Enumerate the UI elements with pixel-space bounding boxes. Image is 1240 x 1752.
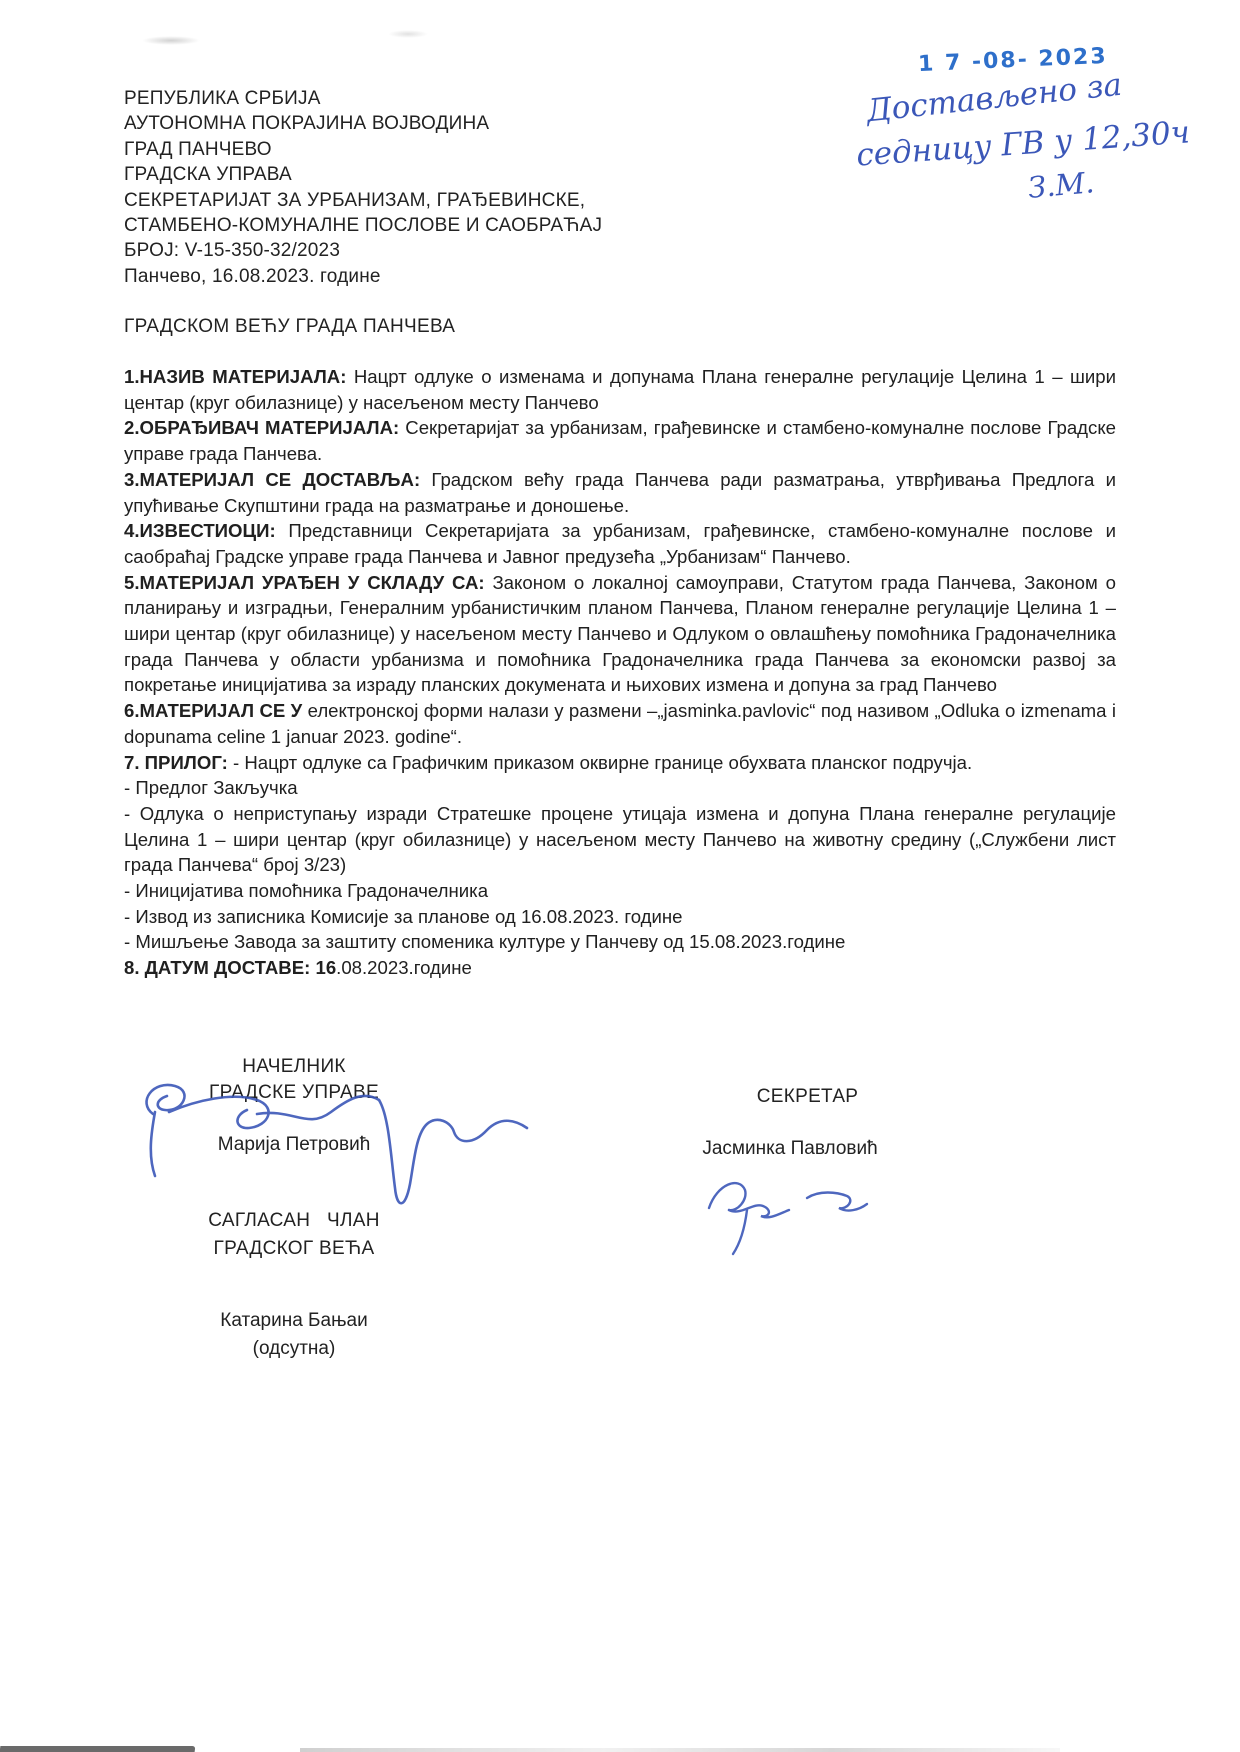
letterhead-line: АУТОНОМНА ПОКРАЈИНА ВОЈВОДИНА xyxy=(124,111,824,136)
attachment-line: - Мишљење Завода за заштиту споменика ку… xyxy=(124,929,1116,955)
agree-title-1: САГЛАСАН ЧЛАН xyxy=(124,1210,464,1232)
document-item-3: 3.МАТЕРИЈАЛ СЕ ДОСТАВЉА: Градском већу г… xyxy=(124,467,1116,518)
scanned-document-page: 1 7 -08- 2023 Достављено за седницу ГВ у… xyxy=(0,0,1240,1752)
item-7-text: - Нацрт одлуке са Графичким приказом окв… xyxy=(228,752,972,773)
letterhead-line: ГРАДСКА УПРАВА xyxy=(124,162,824,187)
recipient-line: ГРАДСКОМ ВЕЋУ ГРАДА ПАНЧЕВА xyxy=(124,316,455,338)
item-4-label: 4.ИЗВЕСТИОЦИ: xyxy=(124,520,276,541)
handwritten-note-line: Достављено за xyxy=(865,67,1124,130)
item-7-label: 7. ПРИЛОГ: xyxy=(124,752,228,773)
attachment-line: - Извод из записника Комисије за планове… xyxy=(124,904,1116,930)
item-6-label: 6.МАТЕРИЈАЛ СЕ У xyxy=(124,700,302,721)
agree-absent-note: (одсутна) xyxy=(124,1338,464,1360)
item-8-text: .08.2023.године xyxy=(336,957,472,978)
item-8-label: 8. ДАТУМ ДОСТАВЕ: 16 xyxy=(124,957,336,978)
agree-title-2: ГРАДСКОГ ВЕЋА xyxy=(124,1238,464,1260)
document-date-place: Панчево, 16.08.2023. године xyxy=(124,264,824,289)
scan-smudge xyxy=(142,36,200,45)
jasminka-pavlovic-signature xyxy=(695,1162,885,1257)
letterhead: РЕПУБЛИКА СРБИЈА АУТОНОМНА ПОКРАЈИНА ВОЈ… xyxy=(124,86,824,289)
letterhead-line: РЕПУБЛИКА СРБИЈА xyxy=(124,86,824,111)
marija-petrovic-signature xyxy=(135,1072,535,1222)
document-item-6: 6.МАТЕРИЈАЛ СЕ У електронској форми нала… xyxy=(124,698,1116,749)
item-5-label: 5.МАТЕРИЈАЛ УРАЂЕН У СКЛАДУ СА: xyxy=(124,572,485,593)
handwritten-initials: З.М. xyxy=(1027,165,1096,205)
agree-signer-name: Катарина Бањаи xyxy=(124,1310,464,1332)
document-item-7: 7. ПРИЛОГ: - Нацрт одлуке са Графичким п… xyxy=(124,750,1116,776)
document-item-5: 5.МАТЕРИЈАЛ УРАЂЕН У СКЛАДУ СА: Законом … xyxy=(124,570,1116,699)
letterhead-line: ГРАД ПАНЧЕВО xyxy=(124,137,824,162)
document-item-4: 4.ИЗВЕСТИОЦИ: Представници Секретаријата… xyxy=(124,518,1116,569)
scan-edge-artifact xyxy=(0,1746,195,1752)
attachment-line: - Предлог Закључка xyxy=(124,775,1116,801)
scan-smudge xyxy=(388,30,428,38)
document-body: 1.НАЗИВ МАТЕРИЈАЛА: Нацрт одлуке о измен… xyxy=(124,364,1116,981)
document-number: БРОЈ: V-15-350-32/2023 xyxy=(124,238,824,263)
letterhead-line: СТАМБЕНО-КОМУНАЛНЕ ПОСЛОВЕ И САОБРАЋАЈ xyxy=(124,213,824,238)
document-item-8: 8. ДАТУМ ДОСТАВЕ: 16.08.2023.године xyxy=(124,955,1116,981)
document-item-1: 1.НАЗИВ МАТЕРИЈАЛА: Нацрт одлуке о измен… xyxy=(124,364,1116,415)
item-1-label: 1.НАЗИВ МАТЕРИЈАЛА: xyxy=(124,366,346,387)
attachment-line: - Иницијатива помоћника Градоначелника xyxy=(124,878,1116,904)
item-2-label: 2.ОБРАЂИВАЧ МАТЕРИЈАЛА: xyxy=(124,417,399,438)
scan-edge-artifact xyxy=(300,1748,1060,1752)
right-signer-name: Јасминка Павловић xyxy=(680,1138,900,1160)
attachment-line: - Одлука о неприступању изради Стратешке… xyxy=(124,801,1116,878)
document-item-2: 2.ОБРАЂИВАЧ МАТЕРИЈАЛА: Секретаријат за … xyxy=(124,415,1116,466)
letterhead-line: СЕКРЕТАРИЈАТ ЗА УРБАНИЗАМ, ГРАЂЕВИНСКЕ, xyxy=(124,188,824,213)
item-3-label: 3.МАТЕРИЈАЛ СЕ ДОСТАВЉА: xyxy=(124,469,420,490)
right-signature-title: СЕКРЕТАР xyxy=(680,1086,935,1108)
